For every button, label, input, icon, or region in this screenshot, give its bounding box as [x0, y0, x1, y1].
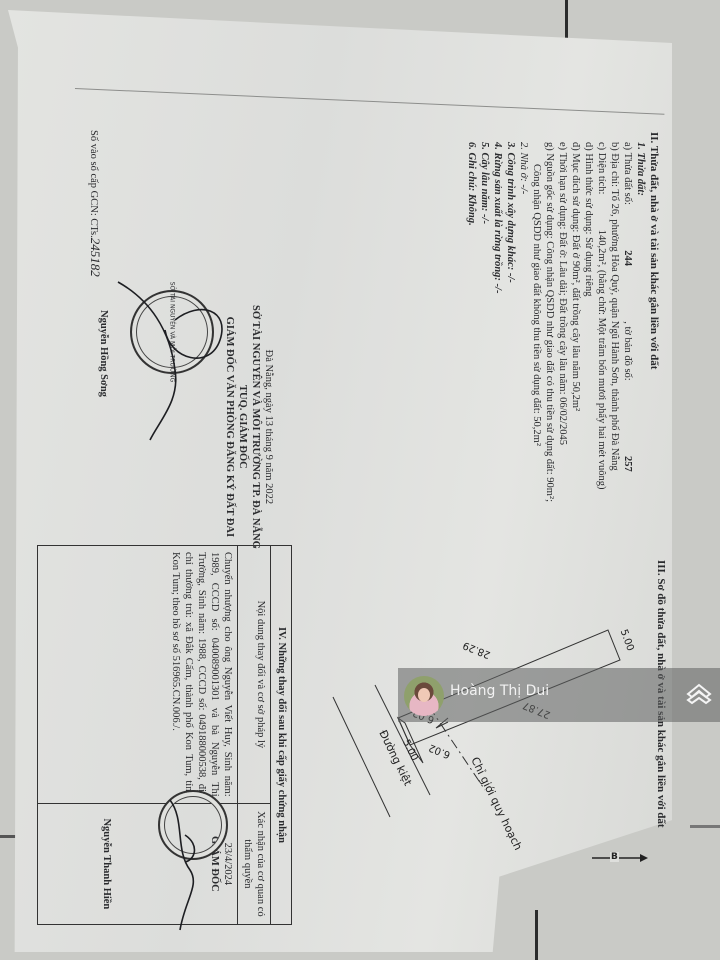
signature-2 — [170, 800, 194, 930]
signature-1 — [118, 282, 222, 440]
road-edge-2 — [333, 697, 390, 817]
north-label: B — [610, 852, 619, 862]
diagram-layer — [0, 0, 720, 960]
stacked-chevrons-logo-icon — [684, 680, 714, 710]
north-arrow-head — [640, 854, 648, 862]
watermark-band — [398, 668, 720, 722]
watermark-name: Hoàng Thị Dui — [450, 683, 549, 699]
watermark-avatar — [404, 676, 444, 716]
